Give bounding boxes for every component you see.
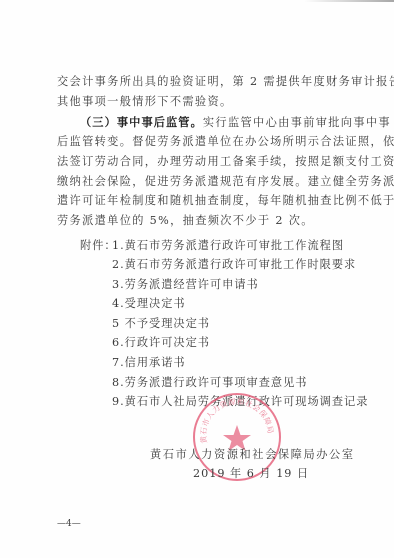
attachment-item: 2.黄石市劳务派遣行政许可审批工作时限要求 (112, 258, 356, 272)
signing-organization: 黄石市人力资源和社会保障局办公室 (150, 448, 355, 462)
page-number: —4— (57, 519, 81, 529)
body-text-line: 遣许可证年检制度和随机抽查制度，每年随机抽查比例不低于 (57, 194, 349, 208)
body-text-line: 法签订劳动合同，办理劳动用工备案手续，按照足额支付工资、 (57, 155, 349, 169)
attachment-item: 8.劳务派遣行政许可事项审查意见书 (112, 376, 308, 390)
attachment-item: 3.劳务派遣经营许可申请书 (112, 278, 259, 292)
section-three-heading: （三）事中事后监管。 (80, 115, 203, 129)
section-three-first-line: （三）事中事后监管。实行监管中心由事前审批向事中事 (80, 115, 349, 130)
attachment-item: 4.受理决定书 (112, 297, 186, 311)
body-text-line: 后监管转变。督促劳务派遣单位在办公场所明示合法证照，依 (57, 135, 349, 149)
scan-edge-shadow (304, 0, 394, 2)
body-text-line: 交会计事务所出具的验资证明，第 2 需提供年度财务审计报告， (57, 75, 349, 89)
body-text-line: 其他事项一般情形下不需验资。 (57, 95, 349, 109)
body-text-line: 劳务派遣单位的 5%，抽查频次不少于 2 次。 (57, 214, 349, 228)
attachment-item: 5 不予受理决定书 (112, 317, 210, 331)
signing-date: 2019 年 6 月 19 日 (193, 467, 309, 481)
body-text-segment: 实行监管中心由事前审批向事中事 (203, 116, 391, 129)
document-page: 交会计事务所出具的验资证明，第 2 需提供年度财务审计报告， 其他事项一般情形下… (0, 0, 394, 558)
attachment-item: 7.信用承诺书 (112, 356, 186, 370)
attachment-item: 1.黄石市劳务派遣行政许可审批工作流程图 (112, 239, 344, 253)
body-text-line: 缴纳社会保险，促进劳务派遣规范有序发展。建立健全劳务派 (57, 175, 349, 189)
attachment-item: 6.行政许可决定书 (112, 336, 210, 350)
